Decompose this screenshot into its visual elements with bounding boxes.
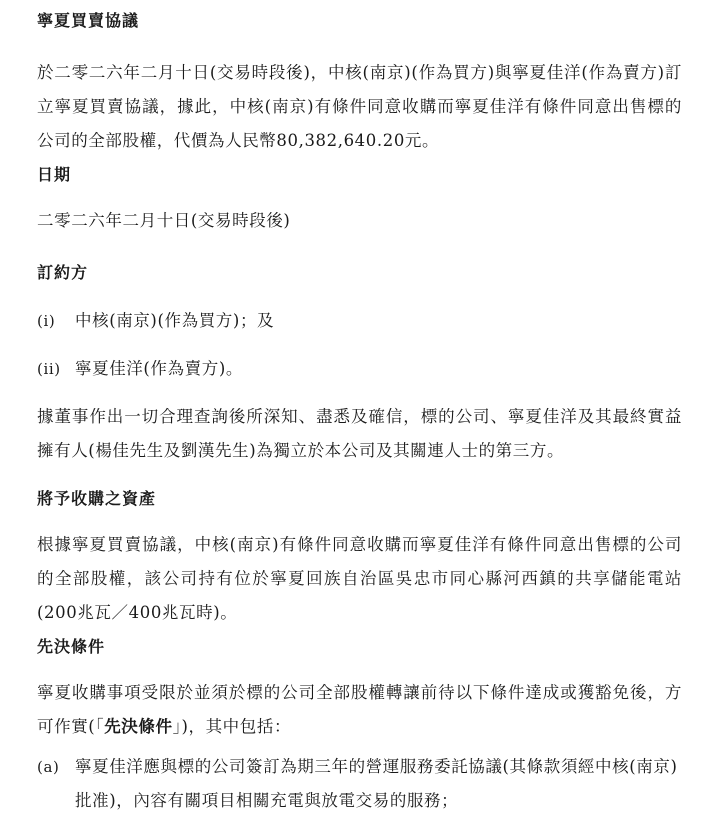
- list-item-number: (a): [37, 750, 59, 784]
- list-item-party-buyer: (i) 中核(南京)(作為買方)；及: [37, 304, 682, 338]
- text-run: 」)，其中包括：: [173, 717, 292, 736]
- list-item-number: (ii): [37, 352, 61, 386]
- list-item-text: 寧夏佳洋應與標的公司簽訂為期三年的營運服務委託協議(其條款須經中核(南京)批准)…: [75, 750, 682, 815]
- paragraph-date: 二零二六年二月十日(交易時段後): [37, 204, 682, 238]
- section-heading-parties: 訂約方: [37, 260, 682, 283]
- list-item-condition-a: (a) 寧夏佳洋應與標的公司簽訂為期三年的營運服務委託協議(其條款須經中核(南京…: [37, 750, 682, 815]
- section-heading-ningxia-agreement: 寧夏買賣協議: [37, 8, 682, 31]
- list-item-number: (i): [37, 304, 55, 338]
- section-heading-conditions-precedent: 先決條件: [37, 634, 682, 657]
- paragraph-independence-statement: 據董事作出一切合理查詢後所深知、盡悉及確信，標的公司、寧夏佳洋及其最終實益擁有人…: [37, 400, 682, 468]
- document-page: 寧夏買賣協議 於二零二六年二月十日(交易時段後)，中核(南京)(作為買方)與寧夏…: [0, 0, 707, 815]
- list-item-text: 寧夏佳洋(作為賣方)。: [75, 352, 682, 386]
- paragraph-agreement-summary: 於二零二六年二月十日(交易時段後)，中核(南京)(作為買方)與寧夏佳洋(作為賣方…: [37, 56, 682, 158]
- defined-term: 先決條件: [104, 717, 172, 736]
- paragraph-conditions-precedent: 寧夏收購事項受限於並須於標的公司全部股權轉讓前待以下條件達成或獲豁免後，方可作實…: [37, 676, 682, 744]
- section-heading-assets: 將予收購之資產: [37, 486, 682, 509]
- paragraph-assets: 根據寧夏買賣協議，中核(南京)有條件同意收購而寧夏佳洋有條件同意出售標的公司的全…: [37, 528, 682, 630]
- list-item-party-seller: (ii) 寧夏佳洋(作為賣方)。: [37, 352, 682, 386]
- list-item-text: 中核(南京)(作為買方)；及: [75, 304, 682, 338]
- section-heading-date: 日期: [37, 162, 682, 185]
